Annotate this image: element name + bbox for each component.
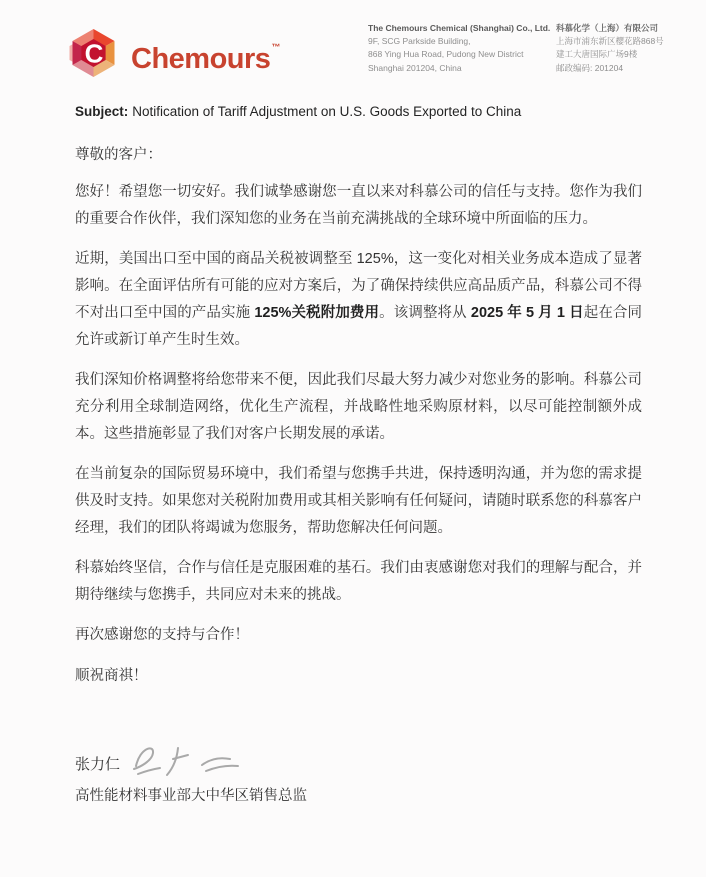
paragraph-mitigation: 我们深知价格调整将给您带来不便，因此我们尽最大努力减少对您业务的影响。科慕公司充… [75, 367, 642, 448]
company-name-en: The Chemours Chemical (Shanghai) Co., Lt… [368, 22, 540, 35]
signer-name: 张力仁 [75, 754, 120, 776]
company-addresses: The Chemours Chemical (Shanghai) Co., Lt… [368, 15, 696, 75]
address-en-line: 9F, SCG Parkside Building, [368, 35, 540, 48]
address-en-line: 868 Ying Hua Road, Pudong New District [368, 48, 540, 61]
paragraph-greeting: 您好！希望您一切安好。我们诚挚感谢您一直以来对科慕公司的信任与支持。您作为我们的… [75, 179, 642, 233]
paragraph-support: 在当前复杂的国际贸易环境中，我们希望与您携手共进，保持透明沟通，并为您的需求提供… [75, 461, 642, 542]
letterhead: C Chemours™ The Chemours Chemical (Shang… [63, 15, 696, 91]
address-cn-line: 建工大唐国际广场9楼 [556, 48, 696, 61]
paragraph-commitment: 科慕始终坚信，合作与信任是克服困难的基石。我们由衷感谢您对我们的理解与配合，并期… [75, 555, 642, 609]
chemours-hex-logo-icon: C [63, 21, 124, 85]
subject-line: Subject:Notification of Tariff Adjustmen… [75, 104, 642, 119]
trademark-symbol: ™ [271, 42, 280, 52]
address-cn-line: 上海市浦东新区樱花路868号 [556, 35, 696, 48]
letter-content: Subject:Notification of Tariff Adjustmen… [75, 104, 642, 805]
paragraph-tariff-adjustment: 近期，美国出口至中国的商品关税被调整至 125%，这一变化对相关业务成本造成了显… [75, 246, 642, 354]
address-english: The Chemours Chemical (Shanghai) Co., Lt… [368, 22, 540, 75]
subject-text: Notification of Tariff Adjustment on U.S… [132, 104, 521, 119]
letter-page: C Chemours™ The Chemours Chemical (Shang… [0, 0, 706, 877]
signature-row: 张力仁 [75, 736, 642, 776]
handwritten-signature [126, 738, 246, 780]
salutation: 尊敬的客户： [75, 143, 642, 164]
signer-title: 高性能材料事业部大中华区销售总监 [75, 784, 642, 805]
para2-text-b: 。该调整将从 [379, 305, 471, 321]
company-name-cn: 科慕化学（上海）有限公司 [556, 22, 696, 35]
address-en-line: Shanghai 201204, China [368, 62, 540, 75]
address-cn-line: 邮政编码: 201204 [556, 62, 696, 75]
closing-line: 顺祝商祺！ [75, 663, 642, 690]
address-chinese: 科慕化学（上海）有限公司 上海市浦东新区樱花路868号 建工大唐国际广场9楼 邮… [556, 22, 696, 75]
brand-name: Chemours [131, 43, 270, 75]
para2-surcharge-bold: 125%关税附加费用 [254, 305, 379, 321]
subject-label: Subject: [75, 104, 128, 119]
svg-text:C: C [85, 39, 104, 69]
chemours-wordmark: Chemours™ [131, 15, 280, 91]
thanks-line: 再次感谢您的支持与合作！ [75, 622, 642, 649]
chemours-logo: C Chemours™ [63, 15, 280, 91]
para2-date-bold: 2025 年 5 月 1 日 [471, 305, 584, 321]
